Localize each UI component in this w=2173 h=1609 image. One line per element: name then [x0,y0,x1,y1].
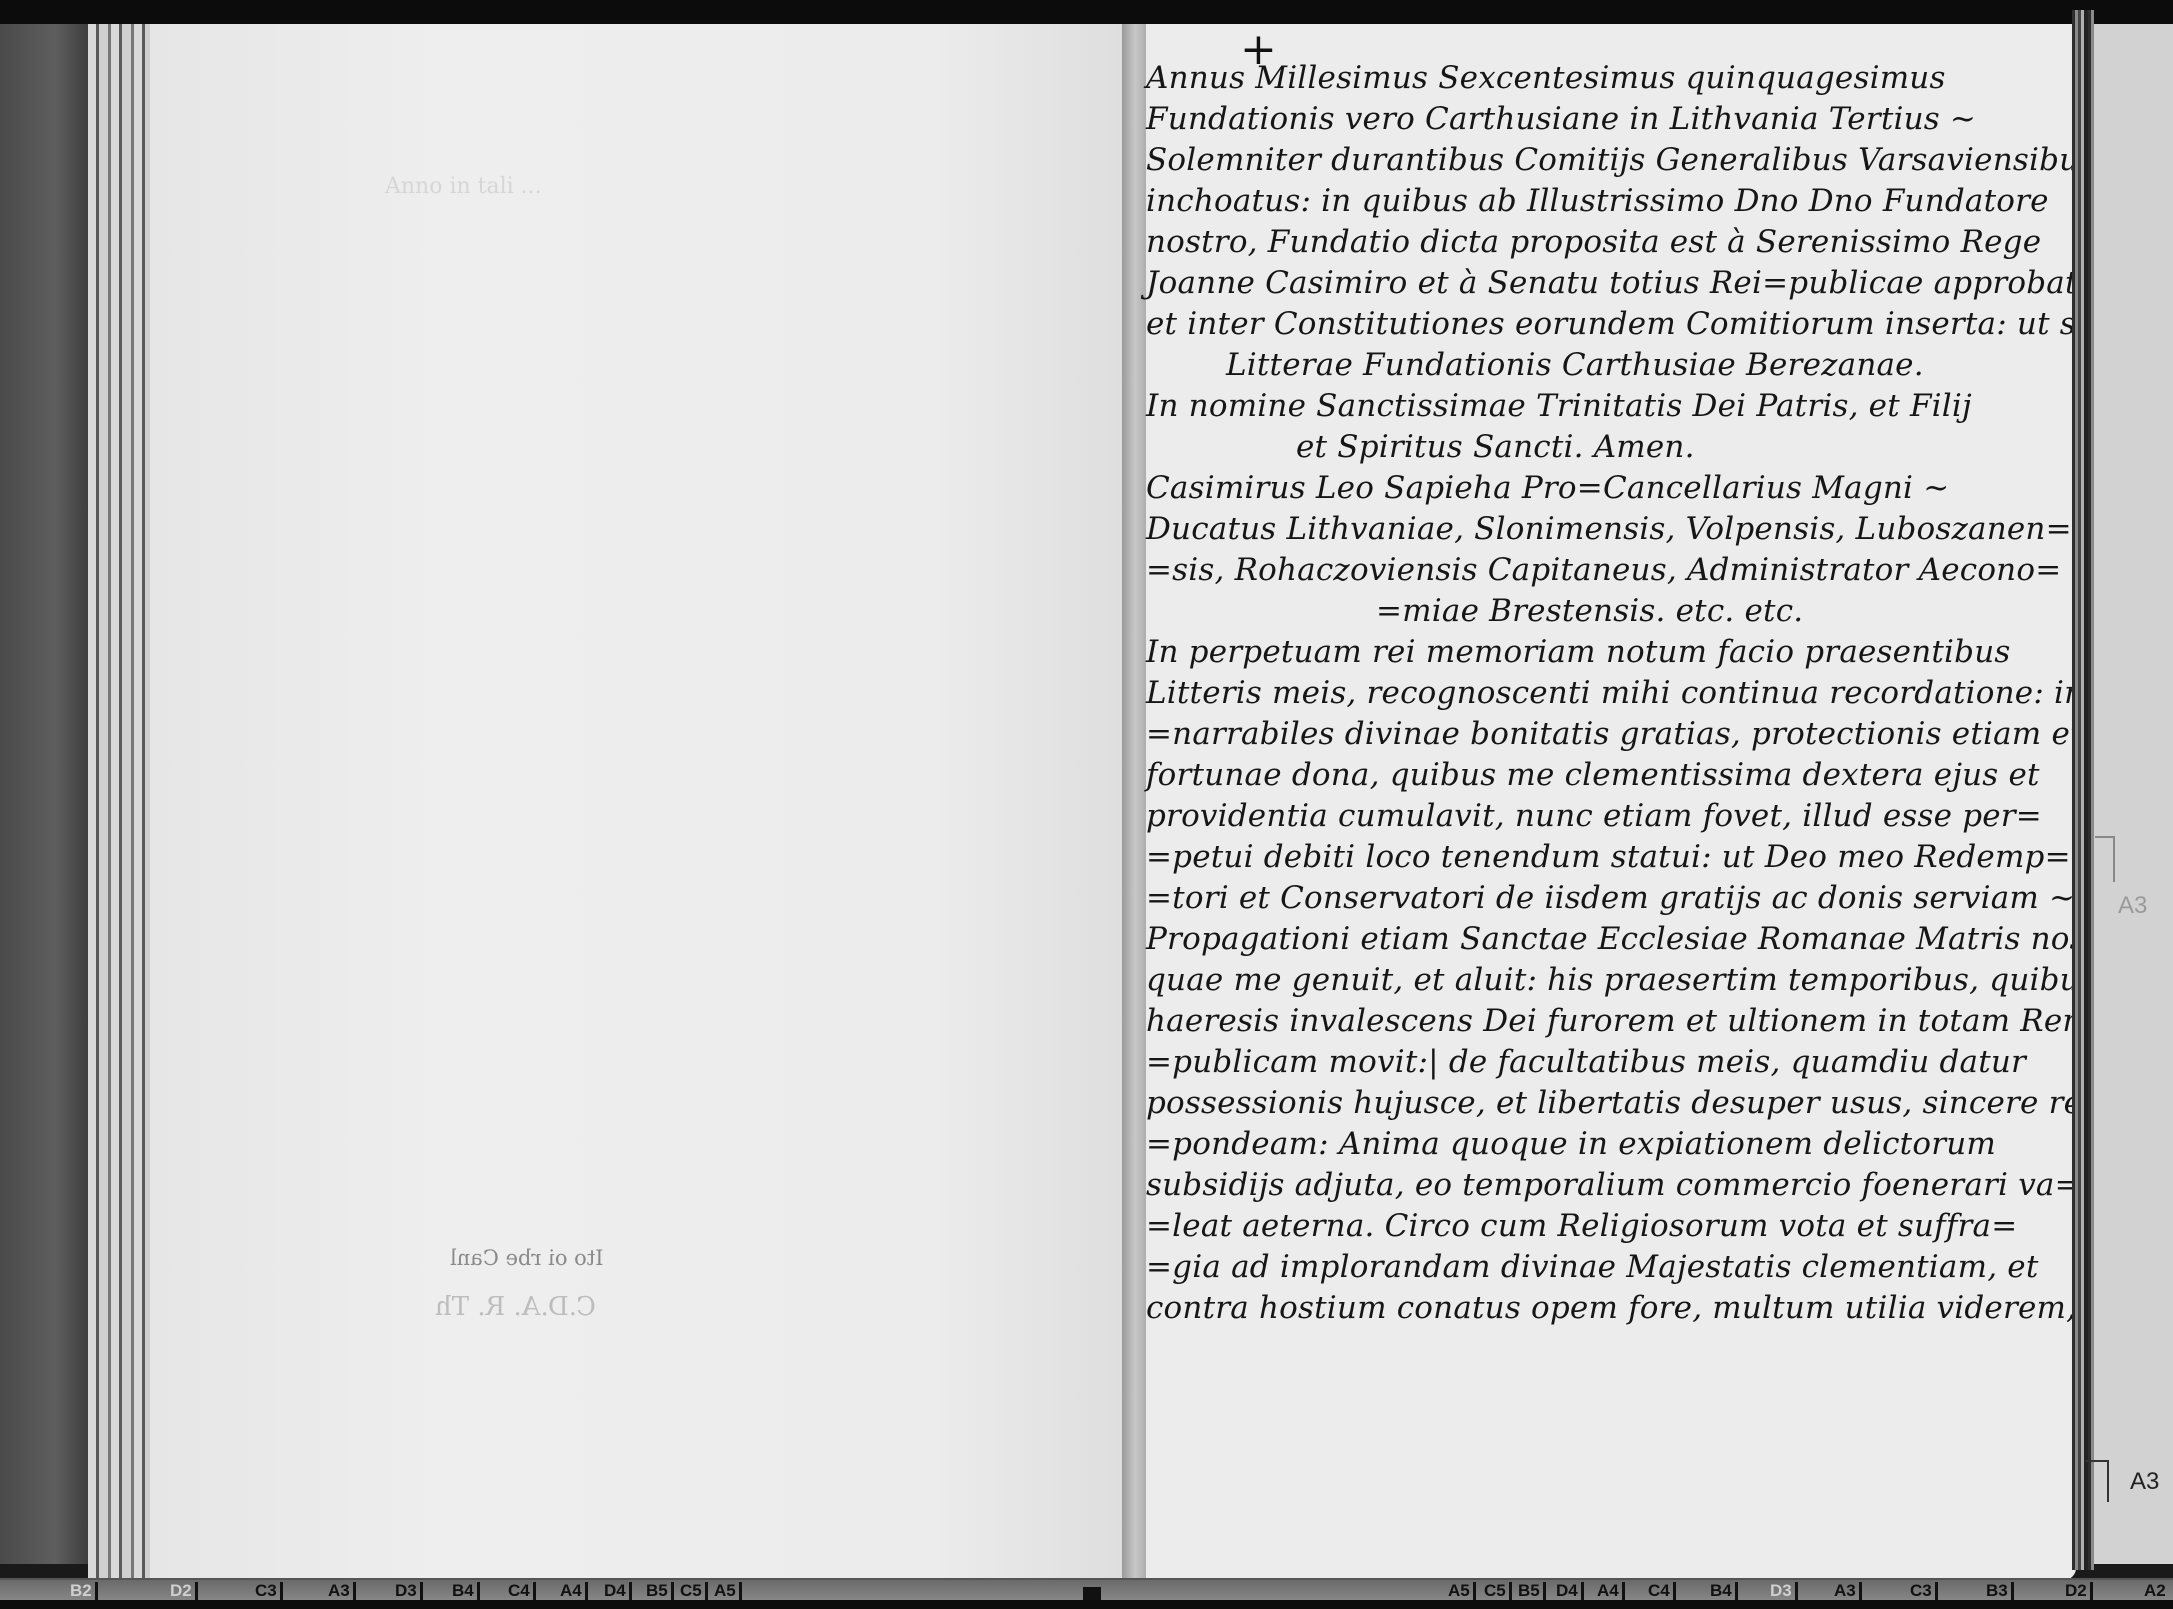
ruler-label: B5 [646,1582,674,1600]
film-bottom-border [0,1600,2173,1609]
ms-line: fortunae dona, quibus me clementissima d… [1146,755,2006,796]
ruler-label: C5 [1484,1582,1512,1600]
ms-line: Propagationi etiam Sanctae Ecclesiae Rom… [1146,919,2006,960]
ruler-label: C4 [1648,1582,1676,1600]
ms-line: =sis, Rohaczoviensis Capitaneus, Adminis… [1146,550,2006,591]
margin-label-a3-lower: A3 [2130,1468,2159,1496]
ms-line: providentia cumulavit, nunc etiam fovet,… [1146,796,2006,837]
ruler-label: D2 [170,1582,198,1600]
ms-line: et inter Constitutiones eorundem Comitio… [1146,304,2006,345]
book-cover-board [0,24,92,1564]
ruler-label: A5 [714,1582,742,1600]
ruler-label: C5 [680,1582,708,1600]
ruler-label: B3 [1986,1582,2014,1600]
bleed-through-text-top: Anno in tali ... [385,174,542,199]
right-page-edges [2072,10,2094,1570]
ruler-label: D4 [604,1582,632,1600]
ruler-label: D3 [1770,1582,1798,1600]
ruler-label: D3 [395,1582,423,1600]
margin-bracket-upper [2095,836,2115,882]
ruler-label: D2 [2065,1582,2093,1600]
ms-line: =leat aeterna. Circo cum Religiosorum vo… [1146,1206,2006,1247]
bleed-through-text-bottom-2: C.D.A. R. Th [435,1292,596,1322]
margin-bracket-lower [2085,1460,2109,1502]
margin-label-a3-upper: A3 [2118,892,2147,920]
ruler-label: A4 [560,1582,588,1600]
ruler-label: B2 [70,1582,98,1600]
ms-line: =miae Brestensis. etc. etc. [1146,591,2006,632]
left-page: Anno in tali ... Ito oi rbe Canl C.D.A. … [150,24,1125,1584]
ruler-label: D4 [1556,1582,1584,1600]
ruler-label: B5 [1518,1582,1546,1600]
manuscript-text: Annus Millesimus Sexcentesimus quinquage… [1146,58,2006,1329]
ruler-label: A3 [328,1582,356,1600]
film-background-right [2094,24,2173,1564]
ms-line: et Spiritus Sancti. Amen. [1146,427,2006,468]
ms-line: inchoatus: in quibus ab Illustrissimo Dn… [1146,181,2006,222]
ruler-label: C3 [255,1582,283,1600]
ms-line: Ducatus Lithvaniae, Slonimensis, Volpens… [1146,509,2006,550]
ruler-label: C3 [1910,1582,1938,1600]
ruler-label: C4 [508,1582,536,1600]
ms-line: Litteris meis, recognoscenti mihi contin… [1146,673,2006,714]
ms-line: Fundationis vero Carthusiane in Lithvani… [1146,99,2006,140]
ms-line: Casimirus Leo Sapieha Pro=Cancellarius M… [1146,468,2006,509]
ms-line: Solemniter durantibus Comitijs Generalib… [1146,140,2006,181]
ms-line: =gia ad implorandam divinae Majestatis c… [1146,1247,2006,1288]
ms-line: subsidijs adjuta, eo temporalium commerc… [1146,1165,2006,1206]
film-top-border [0,0,2173,24]
ms-line: possessionis hujusce, et libertatis desu… [1146,1083,2006,1124]
ms-line: Annus Millesimus Sexcentesimus quinquage… [1146,58,2006,99]
ms-line: =petui debiti loco tenendum statui: ut D… [1146,837,2006,878]
ms-line: quae me genuit, et aluit: his praesertim… [1146,960,2006,1001]
ms-line: In nomine Sanctissimae Trinitatis Dei Pa… [1146,386,2006,427]
ms-line: In perpetuam rei memoriam notum facio pr… [1146,632,2006,673]
ruler-label: A2 [2144,1582,2169,1600]
book-gutter [1122,24,1148,1584]
ruler-label: B4 [1710,1582,1738,1600]
ruler-label: A3 [1834,1582,1862,1600]
ms-line: =tori et Conservatori de iisdem gratijs … [1146,878,2006,919]
bleed-through-text-bottom-1: Ito oi rbe Canl [450,1246,604,1270]
ms-line: =publicam movit:| de facultatibus meis, … [1146,1042,2006,1083]
ms-line: haeresis invalescens Dei furorem et ulti… [1146,1001,2006,1042]
ms-heading: Litterae Fundationis Carthusiae Berezana… [1146,345,2006,386]
ms-line: =narrabiles divinae bonitatis gratias, p… [1146,714,2006,755]
ruler-label: A4 [1597,1582,1625,1600]
ruler-label: A5 [1448,1582,1476,1600]
ms-line: contra hostium conatus opem fore, multum… [1146,1288,2006,1329]
ruler-label: B4 [452,1582,480,1600]
ms-line: =pondeam: Anima quoque in expiationem de… [1146,1124,2006,1165]
ms-line: nostro, Fundatio dicta proposita est à S… [1146,222,2006,263]
ms-line: Joanne Casimiro et à Senatu totius Rei=p… [1146,263,2006,304]
